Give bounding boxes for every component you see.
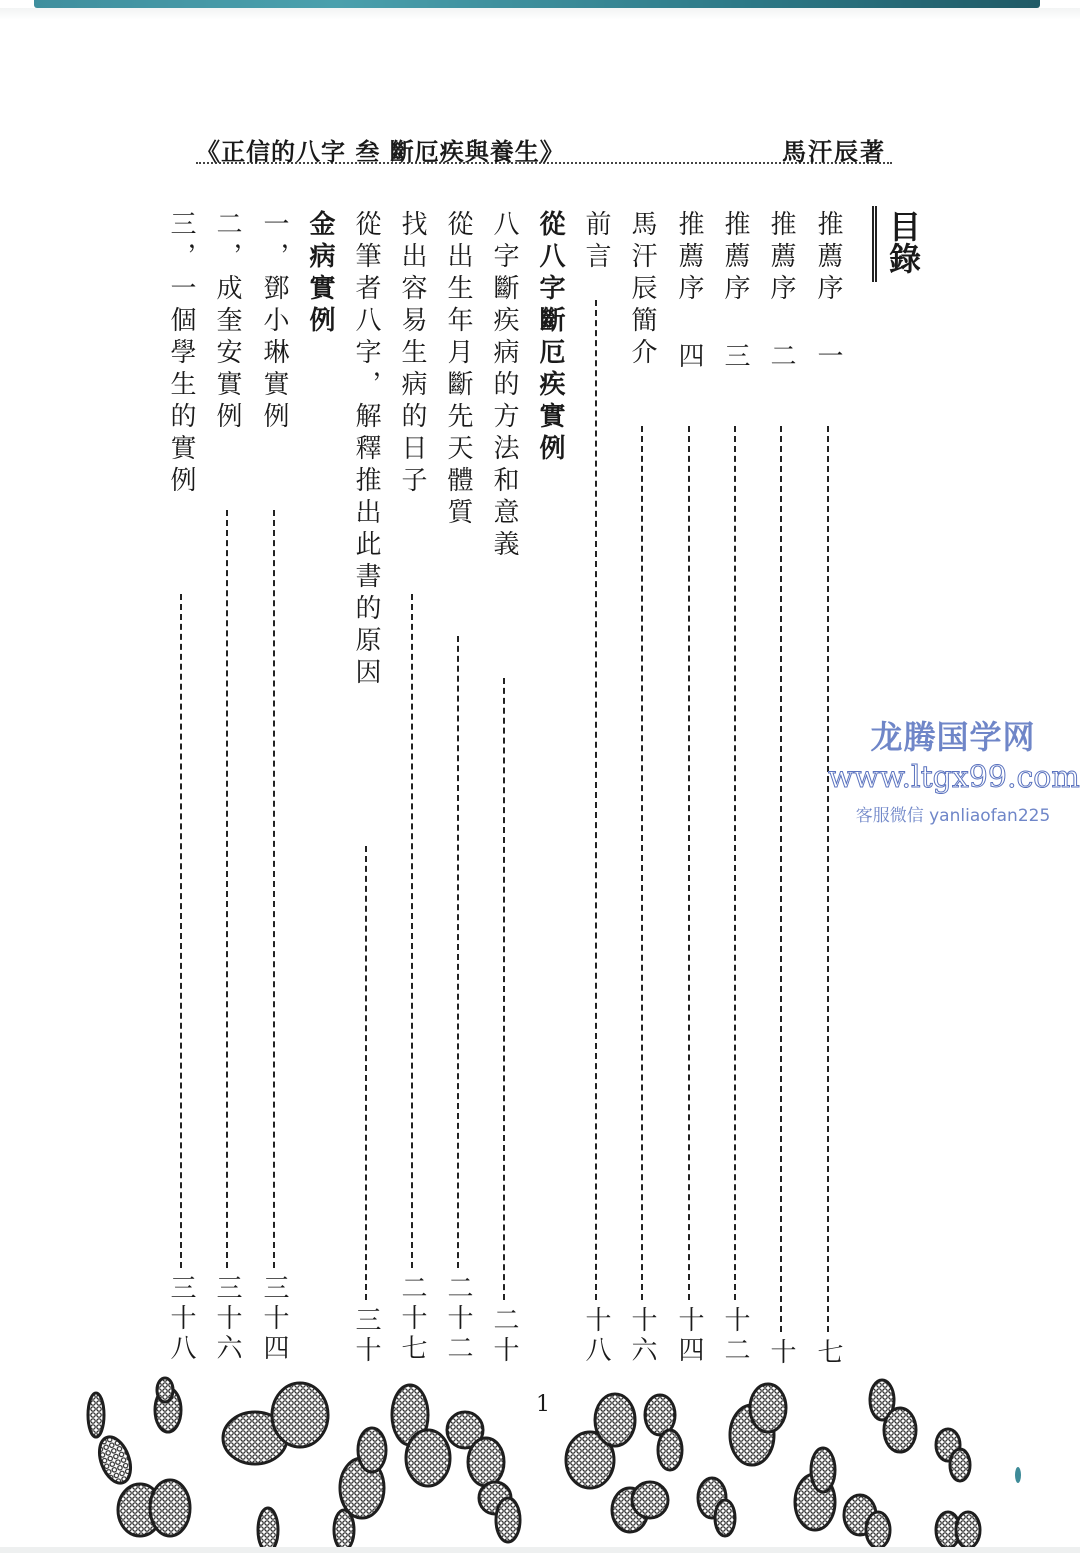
toc-entry-page: 三十 [348,1306,384,1366]
toc-entry[interactable]: 金病實例 [302,210,338,1370]
toc-entry-label: 推薦序 一 [810,210,846,374]
toc-entry-label: 八字斷疾病的方法和意義 [486,210,522,562]
toc-entry[interactable]: 馬汗辰簡介十六 [624,210,660,1370]
toc-entry-label: 從筆者八字，解釋推出此書的原因 [348,210,384,690]
toc-entry-label: 推薦序 四 [671,210,707,374]
watermark-name: 龙腾国学网 [828,712,1078,758]
dotted-leader [595,300,597,1300]
top-shadow [0,8,1080,20]
toc-entry-page: 十八 [578,1306,614,1366]
watermark: 龙腾国学网 www.ltgx99.com 客服微信 yanliaofan225 [828,712,1078,826]
watermark-contact: 客服微信 yanliaofan225 [828,801,1078,826]
toc-entry[interactable]: 推薦序 四十四 [671,210,707,1370]
toc-entry-label: 前言 [578,210,614,274]
toc-entry-page: 二十 [486,1306,522,1366]
gourd-pattern-decoration [0,1370,1080,1553]
dotted-leader [641,426,643,1300]
toc-entry[interactable]: 從八字斷厄疾實例 [532,210,568,1370]
toc-entry-page: 十四 [671,1306,707,1366]
toc-entry-label: 馬汗辰簡介 [624,210,660,370]
toc-entry[interactable]: 從筆者八字，解釋推出此書的原因三十 [348,210,384,1370]
toc-entry-page: 二十七 [394,1274,430,1364]
dotted-leader [734,426,736,1300]
toc-heading-label: 目錄 [885,210,921,274]
toc-entry-page: 二十二 [440,1274,476,1364]
toc-entry-page: 十六 [624,1306,660,1366]
dotted-leader [411,594,413,1268]
toc-heading: 目錄 [872,206,921,282]
dotted-leader [503,678,505,1300]
toc-entry[interactable]: 八字斷疾病的方法和意義二十 [486,210,522,1370]
toc-entry-page: 三十八 [163,1274,199,1364]
dotted-leader [827,426,829,1332]
toc-entry[interactable]: 推薦序 三十二 [717,210,753,1370]
toc-entry-page: 三十四 [256,1274,292,1364]
toc-entry[interactable]: 三，一個學生的實例三十八 [163,210,199,1370]
toc-entry-page: 十二 [717,1306,753,1366]
toc-entry-label: 從出生年月斷先天體質 [440,210,476,530]
toc-entry-label: 一，鄧小琳實例 [256,210,292,434]
toc-entry-label: 從八字斷厄疾實例 [532,210,568,466]
toc-entry-label: 推薦序 二 [763,210,799,374]
toc-entry[interactable]: 一，鄧小琳實例三十四 [256,210,292,1370]
dotted-leader [365,846,367,1300]
toc-entry-page: 三十六 [209,1274,245,1364]
toc-entry[interactable]: 二，成奎安實例三十六 [209,210,245,1370]
toc-entry-label: 三，一個學生的實例 [163,210,199,498]
top-band [34,0,1040,8]
dotted-leader [273,510,275,1268]
page-header: 《正信的八字 叁 斷厄疾與養生》 馬汗辰著 [196,130,892,164]
dotted-leader [688,426,690,1300]
toc-entry-page: 十 [763,1338,799,1368]
dotted-leader [180,594,182,1268]
toc-entry-label: 推薦序 三 [717,210,753,374]
toc-entry-label: 金病實例 [302,210,338,338]
toc-entry-label: 找出容易生病的日子 [394,210,430,498]
dotted-leader [226,510,228,1268]
toc-entry[interactable]: 前言十八 [578,210,614,1370]
watermark-url: www.ltgx99.com [828,760,1078,795]
toc-entry[interactable]: 推薦序 二十 [763,210,799,1370]
bottom-edge [0,1547,1080,1553]
book-title: 《正信的八字 叁 斷厄疾與養生》 [196,132,565,167]
toc-entry[interactable]: 從出生年月斷先天體質二十二 [440,210,476,1370]
book-author: 馬汗辰著 [782,132,886,167]
toc-entry[interactable]: 找出容易生病的日子二十七 [394,210,430,1370]
dotted-leader [457,636,459,1268]
dotted-leader [780,426,782,1332]
toc-entry-page: 七 [810,1338,846,1368]
toc-entry-label: 二，成奎安實例 [209,210,245,434]
